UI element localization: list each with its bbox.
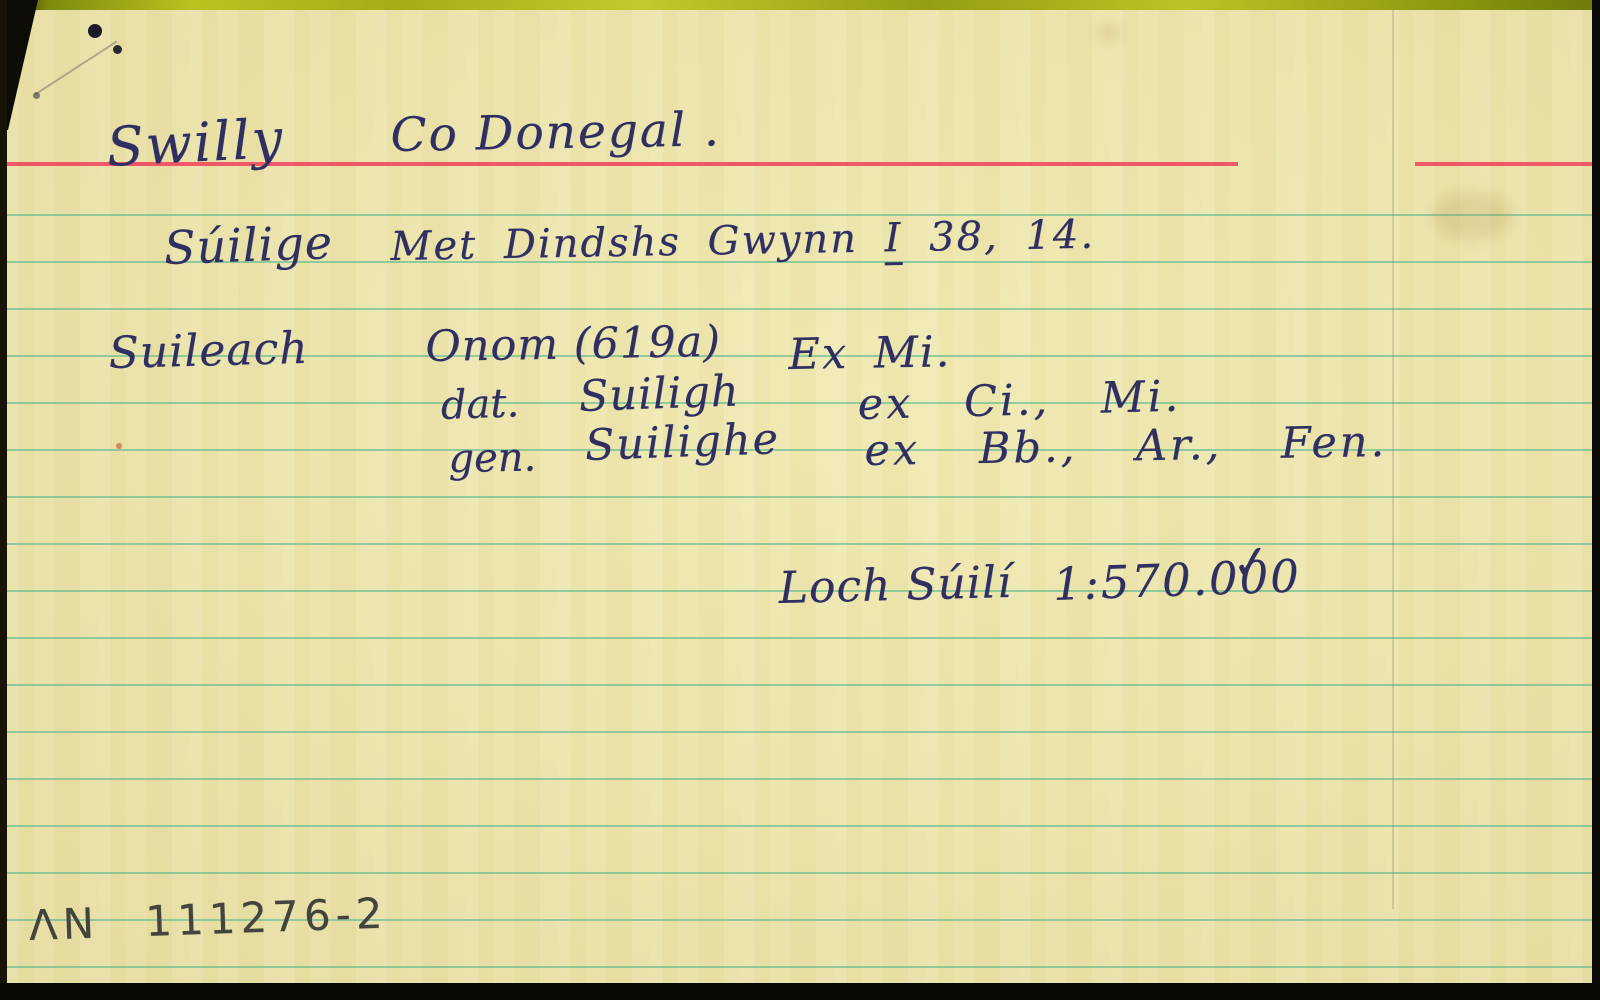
ink-blot-small — [113, 45, 122, 54]
paper-stain-small — [1098, 26, 1120, 40]
scan-top-edge — [0, 0, 1600, 10]
county-text: Co Donegal . — [390, 102, 721, 163]
lemma-suilige-text: Súilige — [163, 215, 334, 275]
paper-stain — [1432, 192, 1512, 240]
archive-digits: 111276-2 — [144, 888, 388, 945]
scanned-index-card-image: Swilly Co Donegal . Súilige Met Dindshs … — [0, 0, 1600, 1000]
ink-dot-faint — [33, 92, 40, 99]
nominative-refs-text: Ex Mi. — [788, 327, 952, 380]
genitive-label: gen. — [448, 434, 537, 482]
citation-pages: 38, 14. — [929, 212, 1096, 261]
dative-label: dat. — [440, 380, 520, 429]
lake-name-text: Loch Súilí — [778, 557, 1013, 614]
ink-blot — [88, 24, 102, 38]
dative-form-text: Suiligh — [578, 366, 740, 422]
red-speck — [116, 443, 122, 449]
onomasticon-ref-text: Onom (619a) — [425, 317, 721, 372]
red-margin-line-right — [1415, 162, 1592, 166]
card-edge-seam — [1392, 9, 1394, 909]
citation-volume-numeral: I — [884, 215, 903, 265]
scan-right-edge — [1592, 0, 1600, 1000]
genitive-form-text: Suilighe — [584, 414, 781, 471]
scan-bottom-edge — [0, 983, 1600, 1000]
lemma-suileach-text: Suileach — [108, 323, 309, 379]
citation-source: Met Dindshs Gwynn — [390, 216, 858, 270]
archive-prefix: ΛN — [28, 899, 100, 950]
checkmark-icon: ✓ — [1228, 533, 1274, 592]
genitive-refs-text: ex Bb., Ar., Fen. — [864, 417, 1387, 476]
headword-text: Swilly — [105, 107, 286, 179]
scan-left-edge — [0, 0, 7, 1000]
